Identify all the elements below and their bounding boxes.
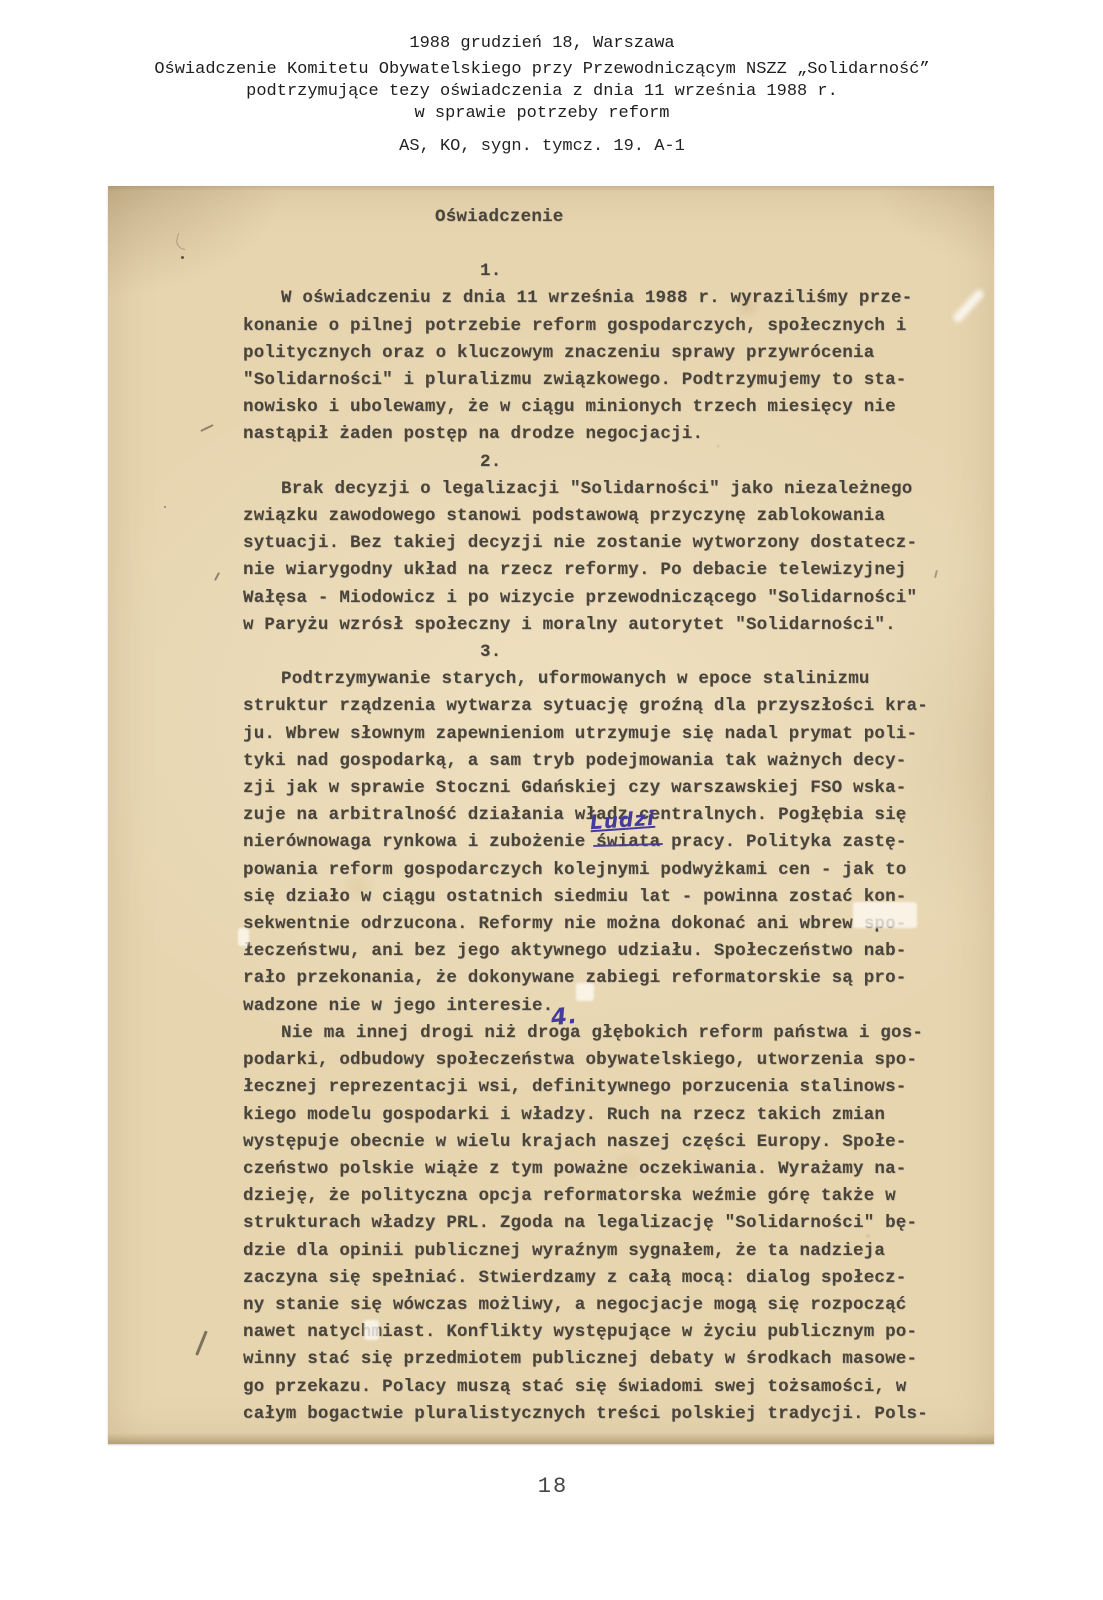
typed-line: tyki nad gospodarką, a sam tryb podejmow… bbox=[243, 748, 933, 775]
pencil-mark bbox=[200, 424, 213, 432]
typed-line: W oświadczeniu z dnia 11 września 1988 r… bbox=[243, 285, 933, 312]
struck-word: świataLudzi bbox=[596, 829, 660, 856]
paper-crease bbox=[952, 288, 985, 324]
typed-line: Nie ma innej drogi niż droga głębokich r… bbox=[243, 1020, 933, 1047]
pencil-mark bbox=[195, 1330, 207, 1355]
archival-reference: AS, KO, sygn. tymcz. 19. A-1 bbox=[0, 136, 1084, 158]
whiteout-mark bbox=[238, 928, 249, 946]
handwritten-section-number: 4. bbox=[550, 1003, 579, 1032]
header-title-line-2: podtrzymujące tezy oświadczenia z dnia 1… bbox=[0, 81, 1084, 103]
header-date-place: 1988 grudzień 18, Warszawa bbox=[0, 33, 1084, 55]
pencil-mark bbox=[174, 233, 188, 250]
typed-line: strukturach władzy PRL. Zgoda na legaliz… bbox=[243, 1210, 933, 1237]
document-scan: Oświadczenie 1.W oświadczeniu z dnia 11 … bbox=[108, 186, 994, 1444]
typed-line: politycznych oraz o kluczowym znaczeniu … bbox=[243, 340, 933, 367]
typed-line: występuje obecnie w wielu krajach naszej… bbox=[243, 1129, 933, 1156]
typed-line: łecznej reprezentacji wsi, definitywnego… bbox=[243, 1074, 933, 1101]
typed-line: całym bogactwie pluralistycznych treści … bbox=[243, 1401, 933, 1428]
typed-line: ju. Wbrew słownym zapewnieniom utrzymuje… bbox=[243, 721, 933, 748]
typed-line: nie wiarygodny układ na rzecz reformy. P… bbox=[243, 557, 933, 584]
typed-line: nastąpił żaden postęp na drodze negocjac… bbox=[243, 421, 933, 448]
whiteout-mark bbox=[364, 1320, 379, 1340]
typed-line: Wałęsa - Miodowicz i po wizycie przewodn… bbox=[243, 585, 933, 612]
typed-line: go przekazu. Polacy muszą stać się świad… bbox=[243, 1374, 933, 1401]
section-number: 3. bbox=[243, 639, 933, 666]
typed-line: struktur rządzenia wytwarza sytuację gro… bbox=[243, 693, 933, 720]
typed-line: nowisko i ubolewamy, że w ciągu minionyc… bbox=[243, 394, 933, 421]
typed-line: sekwentnie odrzucona. Reformy nie można … bbox=[243, 911, 933, 938]
typed-line: podarki, odbudowy społeczeństwa obywatel… bbox=[243, 1047, 933, 1074]
typed-line: łeczeństwu, ani bez jego aktywnego udzia… bbox=[243, 938, 933, 965]
typed-line-segment: pracy. Polityka zastę- bbox=[660, 832, 906, 852]
typed-line: Brak decyzji o legalizacji "Solidarności… bbox=[243, 476, 933, 503]
archival-header: 1988 grudzień 18, Warszawa Oświadczenie … bbox=[0, 33, 1084, 158]
typed-line: nawet natychmiast. Konflikty występujące… bbox=[243, 1319, 933, 1346]
handwritten-correction: Ludzi bbox=[589, 805, 656, 837]
typed-line: zaczyna się spełniać. Stwierdzamy z całą… bbox=[243, 1265, 933, 1292]
typed-line: czeństwo polskie wiąże z tym poważne ocz… bbox=[243, 1156, 933, 1183]
typed-line: dzieję, że polityczna opcja reformatorsk… bbox=[243, 1183, 933, 1210]
typed-line: zuje na arbitralność działania władz cen… bbox=[243, 802, 933, 829]
typed-line: ny stanie się wówczas możliwy, a negocja… bbox=[243, 1292, 933, 1319]
typed-line: konanie o pilnej potrzebie reform gospod… bbox=[243, 313, 933, 340]
whiteout-mark bbox=[576, 983, 594, 1001]
typed-line: sytuacji. Bez takiej decyzji nie zostani… bbox=[243, 530, 933, 557]
typed-line: zji jak w sprawie Stoczni Gdańskiej czy … bbox=[243, 775, 933, 802]
pencil-mark bbox=[164, 506, 166, 508]
typed-line-segment: nierównowaga rynkowa i zubożenie bbox=[243, 832, 596, 852]
header-title-line-1: Oświadczenie Komitetu Obywatelskiego prz… bbox=[0, 59, 1084, 81]
document-title: Oświadczenie bbox=[243, 204, 933, 231]
section-number: 2. bbox=[243, 449, 933, 476]
typed-line: związku zawodowego stanowi podstawową pr… bbox=[243, 503, 933, 530]
header-title-line-3: w sprawie potrzeby reform bbox=[0, 103, 1084, 125]
typed-line: się działo w ciągu ostatnich siedmiu lat… bbox=[243, 884, 933, 911]
pencil-mark bbox=[214, 572, 220, 581]
typed-line: Podtrzymywanie starych, uformowanych w e… bbox=[243, 666, 933, 693]
typed-line: dzie dla opinii publicznej wyraźnym sygn… bbox=[243, 1238, 933, 1265]
typed-line: powania reform gospodarczych kolejnymi p… bbox=[243, 857, 933, 884]
whiteout-mark bbox=[853, 902, 917, 928]
typed-line: nierównowaga rynkowa i zubożenie świataL… bbox=[243, 829, 933, 856]
document-sections: 1.W oświadczeniu z dnia 11 września 1988… bbox=[243, 258, 933, 1428]
page-number: 18 bbox=[0, 1474, 1103, 1499]
pencil-mark bbox=[934, 570, 938, 578]
pencil-mark bbox=[181, 256, 184, 259]
typed-line: winny stać się przedmiotem publicznej de… bbox=[243, 1346, 933, 1373]
typed-text: Oświadczenie 1.W oświadczeniu z dnia 11 … bbox=[243, 204, 933, 1428]
typed-line: w Paryżu wzrósł społeczny i moralny auto… bbox=[243, 612, 933, 639]
typed-line: "Solidarności" i pluralizmu związkowego.… bbox=[243, 367, 933, 394]
typed-line: kiego modelu gospodarki i władzy. Ruch n… bbox=[243, 1102, 933, 1129]
section-number: 1. bbox=[243, 258, 933, 285]
document-page: 1988 grudzień 18, Warszawa Oświadczenie … bbox=[0, 0, 1103, 1600]
